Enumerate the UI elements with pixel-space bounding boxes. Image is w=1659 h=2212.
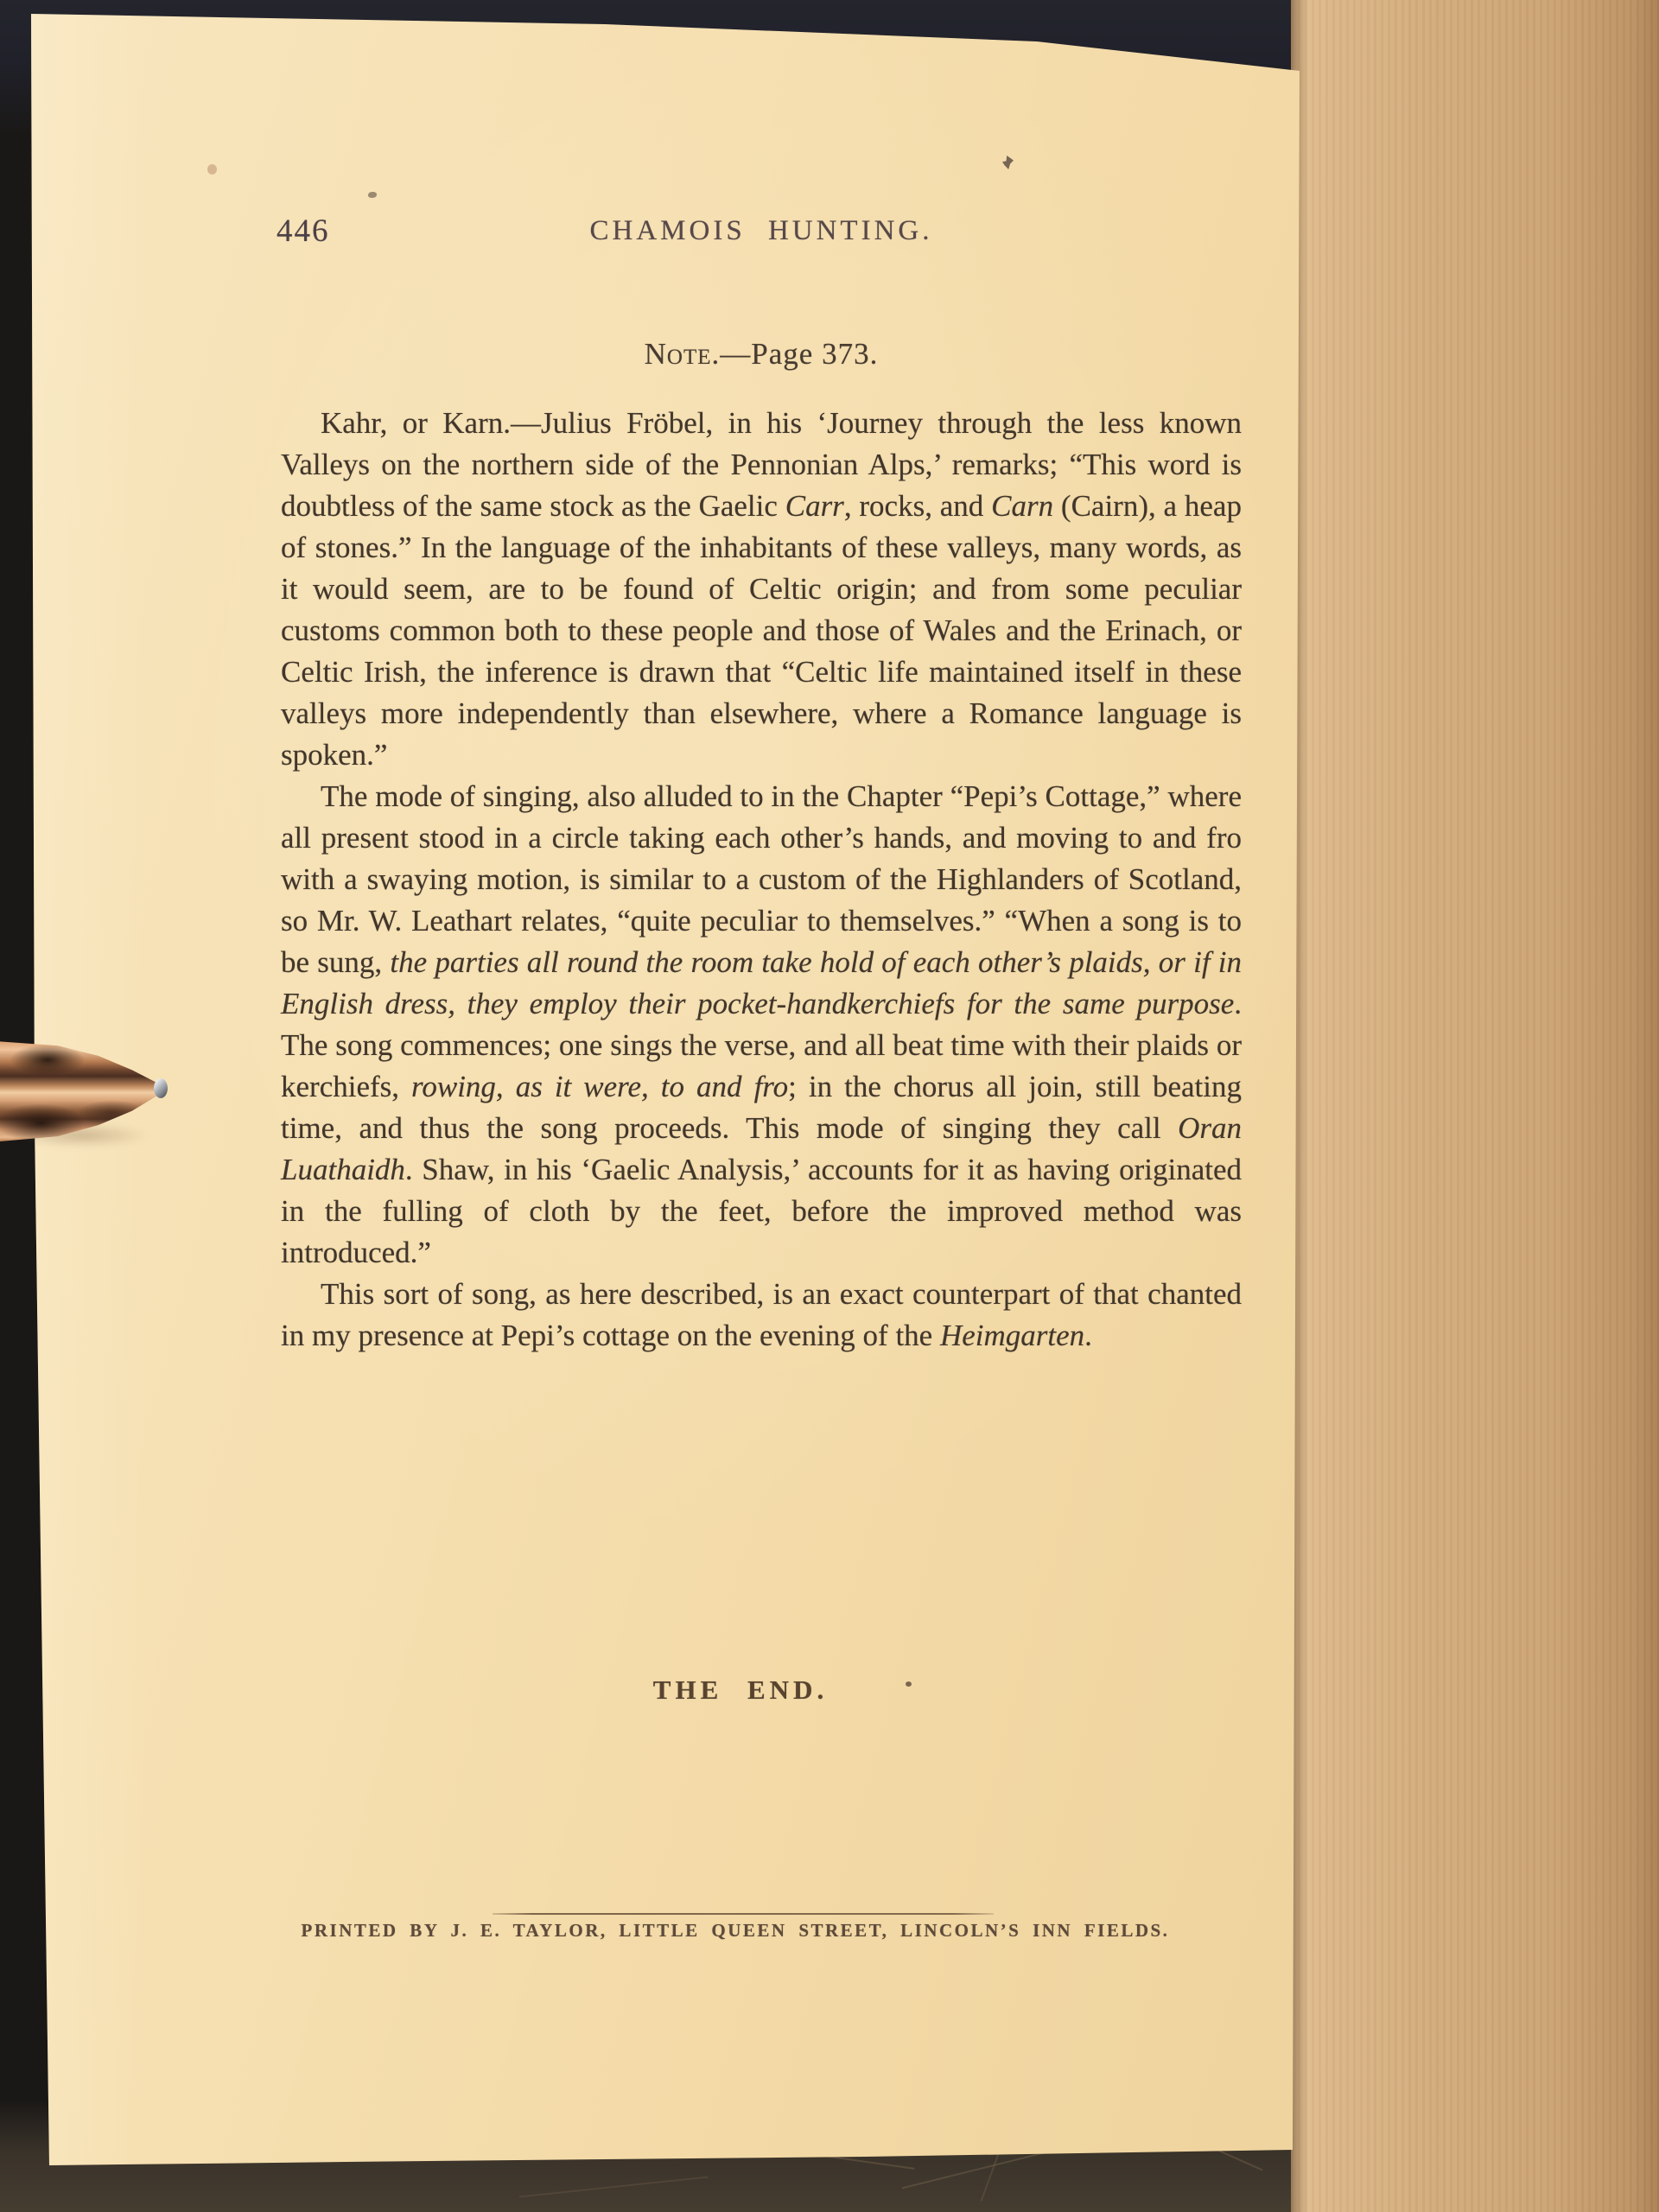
ink-speck xyxy=(1002,156,1014,169)
ink-speck xyxy=(368,192,377,198)
pen-ball-point xyxy=(154,1078,168,1098)
body-text: Kahr, or Karn.—Julius Fröbel, in his ‘Jo… xyxy=(281,403,1242,1357)
ink-dot xyxy=(906,1681,912,1687)
imprint-rule xyxy=(493,1913,994,1915)
paragraph: Kahr, or Karn.—Julius Fröbel, in his ‘Jo… xyxy=(281,403,1242,776)
foxing-spot xyxy=(207,164,217,175)
photo-backdrop: 446 CHAMOIS HUNTING. Note.—Page 373. Kah… xyxy=(0,0,1659,2212)
page-content: 446 CHAMOIS HUNTING. Note.—Page 373. Kah… xyxy=(0,0,1659,2212)
the-end-label: THE END. xyxy=(260,1675,1221,1706)
paragraph: This sort of song, as here described, is… xyxy=(281,1274,1242,1357)
running-header: CHAMOIS HUNTING. xyxy=(281,215,1242,247)
section-heading: Note.—Page 373. xyxy=(281,337,1242,372)
printer-imprint: PRINTED BY J. E. TAYLOR, LITTLE QUEEN ST… xyxy=(255,1920,1216,1942)
paragraph: The mode of singing, also alluded to in … xyxy=(281,776,1242,1274)
